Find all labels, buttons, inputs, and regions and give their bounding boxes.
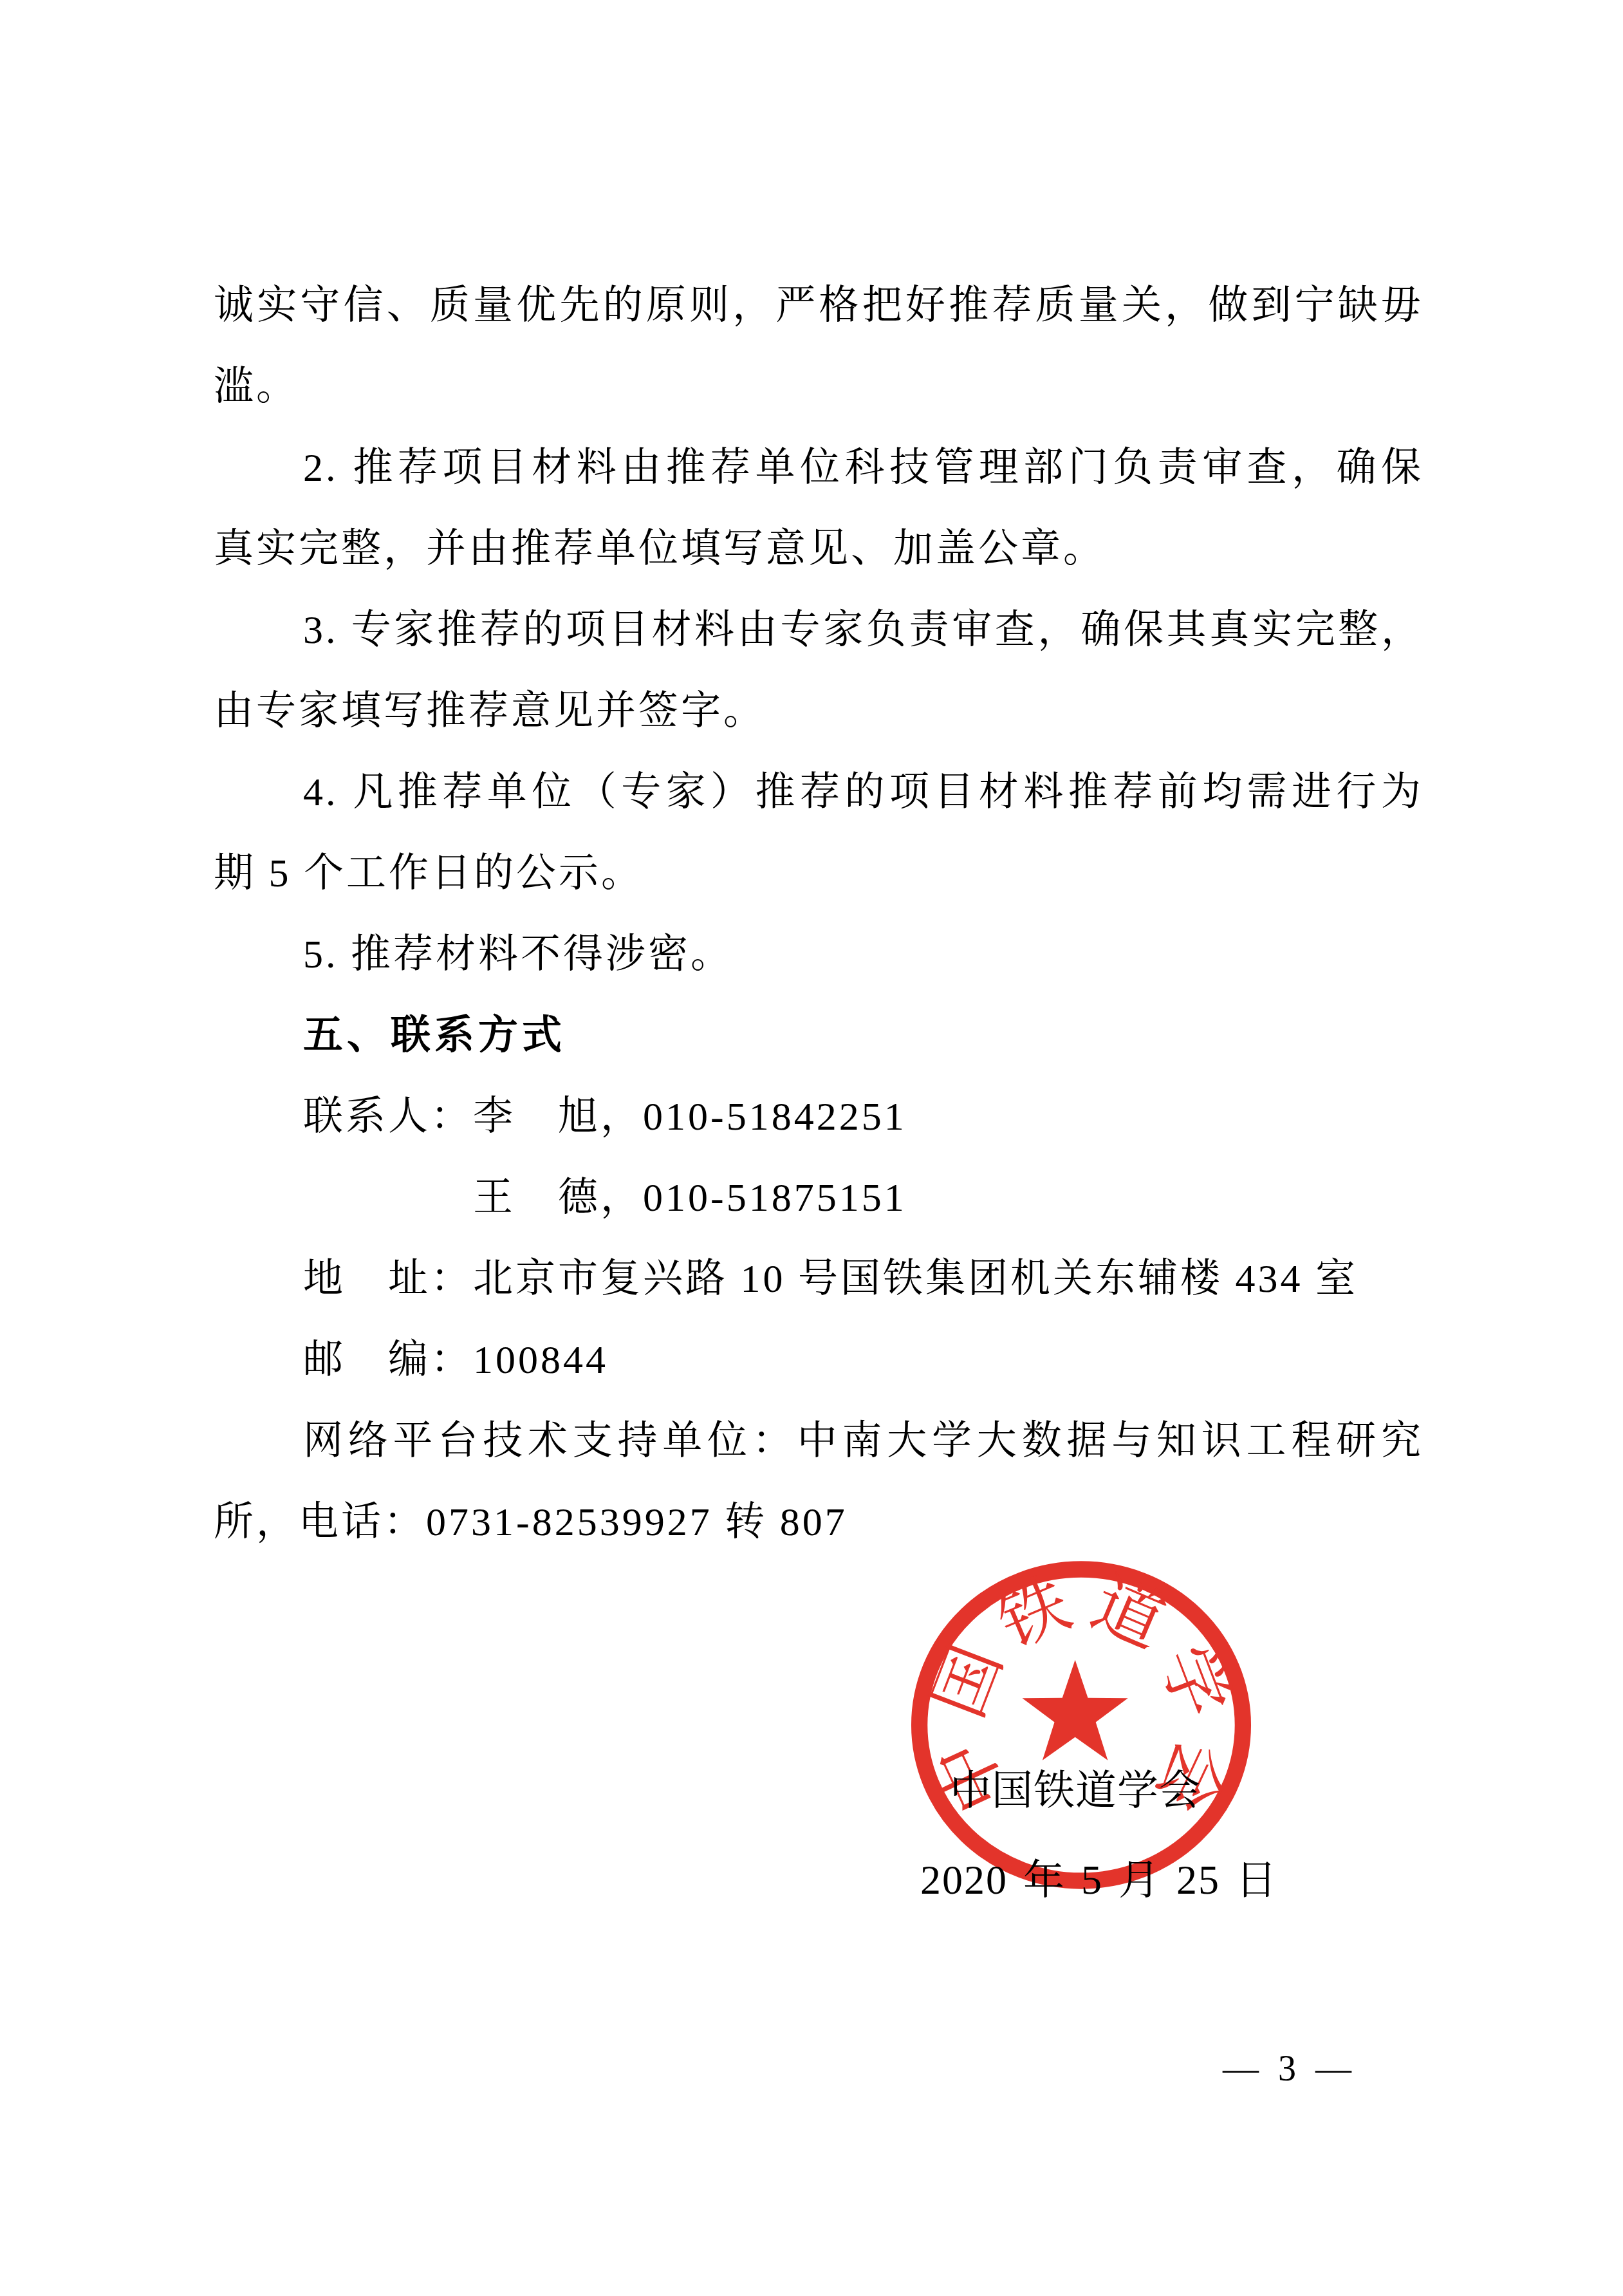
address-line: 地 址：北京市复兴路 10 号国铁集团机关东辅楼 434 室 bbox=[214, 1238, 1424, 1320]
document-page: { "body": { "lines": [ "诚实守信、质量优先的原则，严格把… bbox=[0, 0, 1623, 2296]
body-line: 由专家填写推荐意见并签字。 bbox=[214, 671, 1424, 752]
body-line: 诚实守信、质量优先的原则，严格把好推荐质量关，做到宁缺毋 bbox=[214, 265, 1424, 346]
contact-person-line-2: 王 德，010-51875151 bbox=[214, 1157, 1424, 1238]
seal-char: 道 bbox=[1081, 1565, 1175, 1663]
seal-char: 铁 bbox=[987, 1565, 1081, 1663]
support-unit-line: 网络平台技术支持单位：中南大学大数据与知识工程研究 bbox=[214, 1401, 1424, 1482]
body-line-item-5: 5. 推荐材料不得涉密。 bbox=[214, 914, 1424, 995]
signature-date: 2020 年 5 月 25 日 bbox=[920, 1847, 1278, 1906]
postcode-line: 邮 编：100844 bbox=[214, 1320, 1424, 1401]
body-line: 真实完整，并由推荐单位填写意见、加盖公章。 bbox=[214, 509, 1424, 590]
document-body: 诚实守信、质量优先的原则，严格把好推荐质量关，做到宁缺毋 滥。 2. 推荐项目材… bbox=[214, 265, 1424, 1563]
section-heading-contact: 五、联系方式 bbox=[214, 995, 1424, 1076]
contact-person-line: 联系人：李 旭，010-51842251 bbox=[214, 1076, 1424, 1157]
star-icon bbox=[1023, 1660, 1128, 1760]
body-line-item-3: 3. 专家推荐的项目材料由专家负责审查，确保其真实完整， bbox=[214, 590, 1424, 671]
page-number: — 3 — bbox=[1223, 2048, 1353, 2089]
body-line-item-4: 4. 凡推荐单位（专家）推荐的项目材料推荐前均需进行为 bbox=[214, 752, 1424, 833]
body-line: 期 5 个工作日的公示。 bbox=[214, 833, 1424, 914]
signature-organization: 中国铁道学会 bbox=[950, 1757, 1201, 1816]
body-line: 滥。 bbox=[214, 346, 1424, 427]
body-line-item-2: 2. 推荐项目材料由推荐单位科技管理部门负责审查，确保 bbox=[214, 427, 1424, 509]
